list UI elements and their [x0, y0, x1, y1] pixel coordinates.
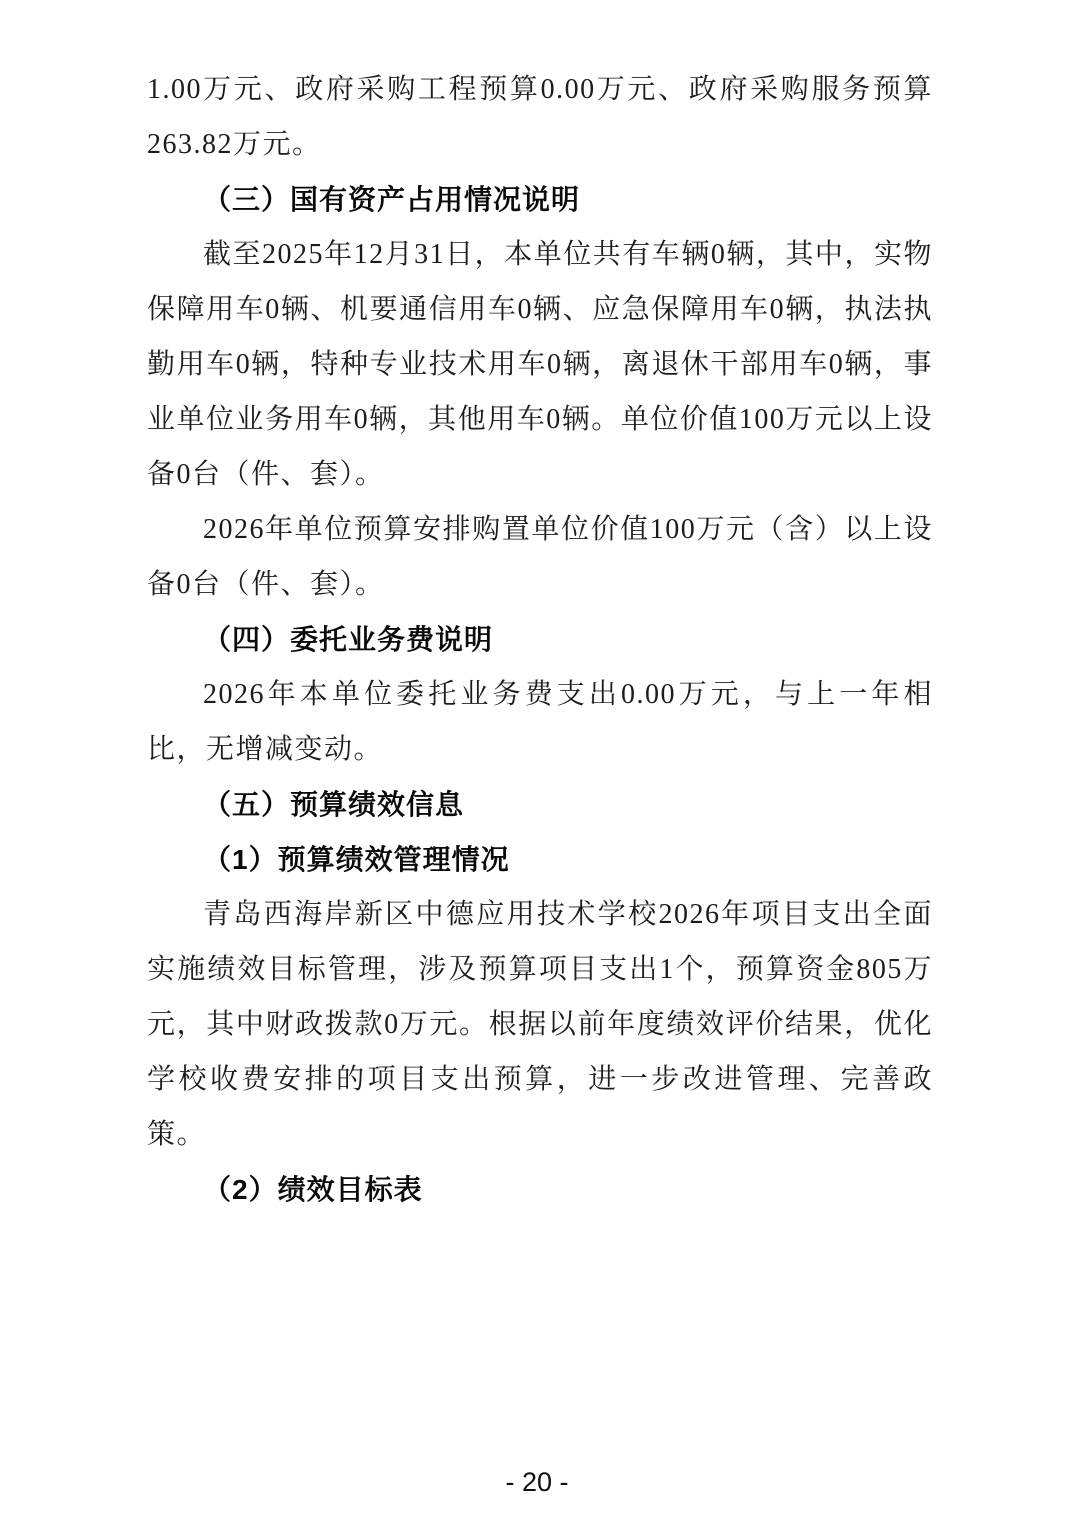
document-body: 1.00万元、政府采购工程预算0.00万元、政府采购服务预算263.82万元。 … [147, 62, 933, 1217]
paragraph-equipment-purchase: 2026年单位预算安排购置单位价值100万元（含）以上设备0台（件、套）。 [147, 502, 933, 612]
paragraph-vehicles: 截至2025年12月31日，本单位共有车辆0辆，其中，实物保障用车0辆、机要通信… [147, 227, 933, 502]
paragraph-entrusted-business-fee: 2026年本单位委托业务费支出0.00万元，与上一年相比，无增减变动。 [147, 667, 933, 777]
page-footer: - 20 - [0, 1464, 1074, 1500]
section-heading-budget-performance-info: （五）预算绩效信息 [147, 777, 933, 832]
subsection-heading-performance-target-table: （2）绩效目标表 [147, 1162, 933, 1217]
page-number: - 20 - [505, 1467, 568, 1497]
document-page: 1.00万元、政府采购工程预算0.00万元、政府采购服务预算263.82万元。 … [0, 0, 1074, 1520]
section-heading-state-assets: （三）国有资产占用情况说明 [147, 172, 933, 227]
paragraph-performance-management: 青岛西海岸新区中德应用技术学校2026年项目支出全面实施绩效目标管理，涉及预算项… [147, 887, 933, 1162]
subsection-heading-performance-management: （1）预算绩效管理情况 [147, 832, 933, 887]
section-heading-entrusted-business-fee: （四）委托业务费说明 [147, 612, 933, 667]
paragraph-continuation: 1.00万元、政府采购工程预算0.00万元、政府采购服务预算263.82万元。 [147, 62, 933, 172]
